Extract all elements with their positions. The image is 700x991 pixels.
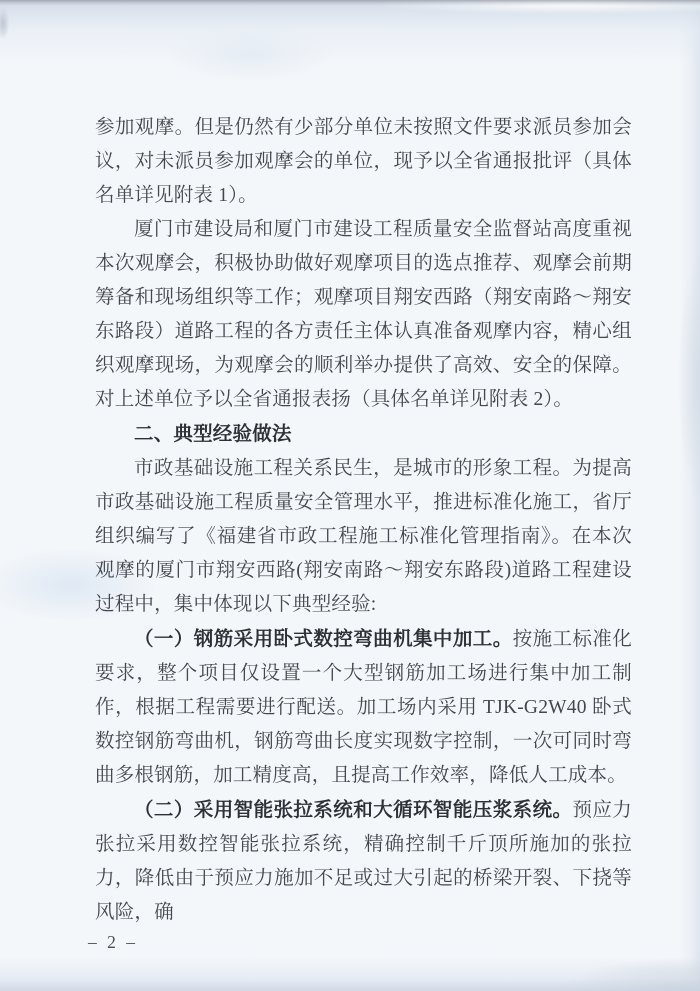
text-segment: 按施工标准化要求，整个项目仅设置一个大型钢筋加工场进行集中加工制作，根据工程需要… bbox=[95, 629, 632, 786]
bold-text-segment: 二、典型经验做法 bbox=[134, 423, 292, 445]
section-heading: 二、典型经验做法 bbox=[95, 417, 632, 452]
page-number: – 2 – bbox=[88, 932, 138, 953]
document-body: 参加观摩。但是仍然有少部分单位未按照文件要求派员参加会议，对未派员参加观摩会的单… bbox=[95, 111, 632, 930]
scanned-document-page: 参加观摩。但是仍然有少部分单位未按照文件要求派员参加会议，对未派员参加观摩会的单… bbox=[0, 0, 700, 991]
text-segment: 参加观摩。但是仍然有少部分单位未按照文件要求派员参加会议，对未派员参加观摩会的单… bbox=[95, 117, 632, 206]
bold-text-segment: （二）采用智能张拉系统和大循环智能压浆系统。 bbox=[134, 799, 572, 821]
paragraph: 厦门市建设局和厦门市建设工程质量安全监督站高度重视本次观摩会，积极协助做好观摩项… bbox=[95, 213, 632, 417]
paragraph: （二）采用智能张拉系统和大循环智能压浆系统。预应力张拉采用数控智能张拉系统，精确… bbox=[95, 793, 632, 930]
text-segment: 厦门市建设局和厦门市建设工程质量安全监督站高度重视本次观摩会，积极协助做好观摩项… bbox=[95, 219, 632, 410]
text-segment: 市政基础设施工程关系民生，是城市的形象工程。为提高市政基础设施工程质量安全管理水… bbox=[95, 458, 632, 615]
paragraph: 市政基础设施工程关系民生，是城市的形象工程。为提高市政基础设施工程质量安全管理水… bbox=[95, 452, 632, 622]
paragraph: 参加观摩。但是仍然有少部分单位未按照文件要求派员参加会议，对未派员参加观摩会的单… bbox=[95, 111, 632, 213]
bold-text-segment: （一）钢筋采用卧式数控弯曲机集中加工。 bbox=[134, 628, 513, 650]
paragraph: （一）钢筋采用卧式数控弯曲机集中加工。按施工标准化要求，整个项目仅设置一个大型钢… bbox=[95, 622, 632, 793]
